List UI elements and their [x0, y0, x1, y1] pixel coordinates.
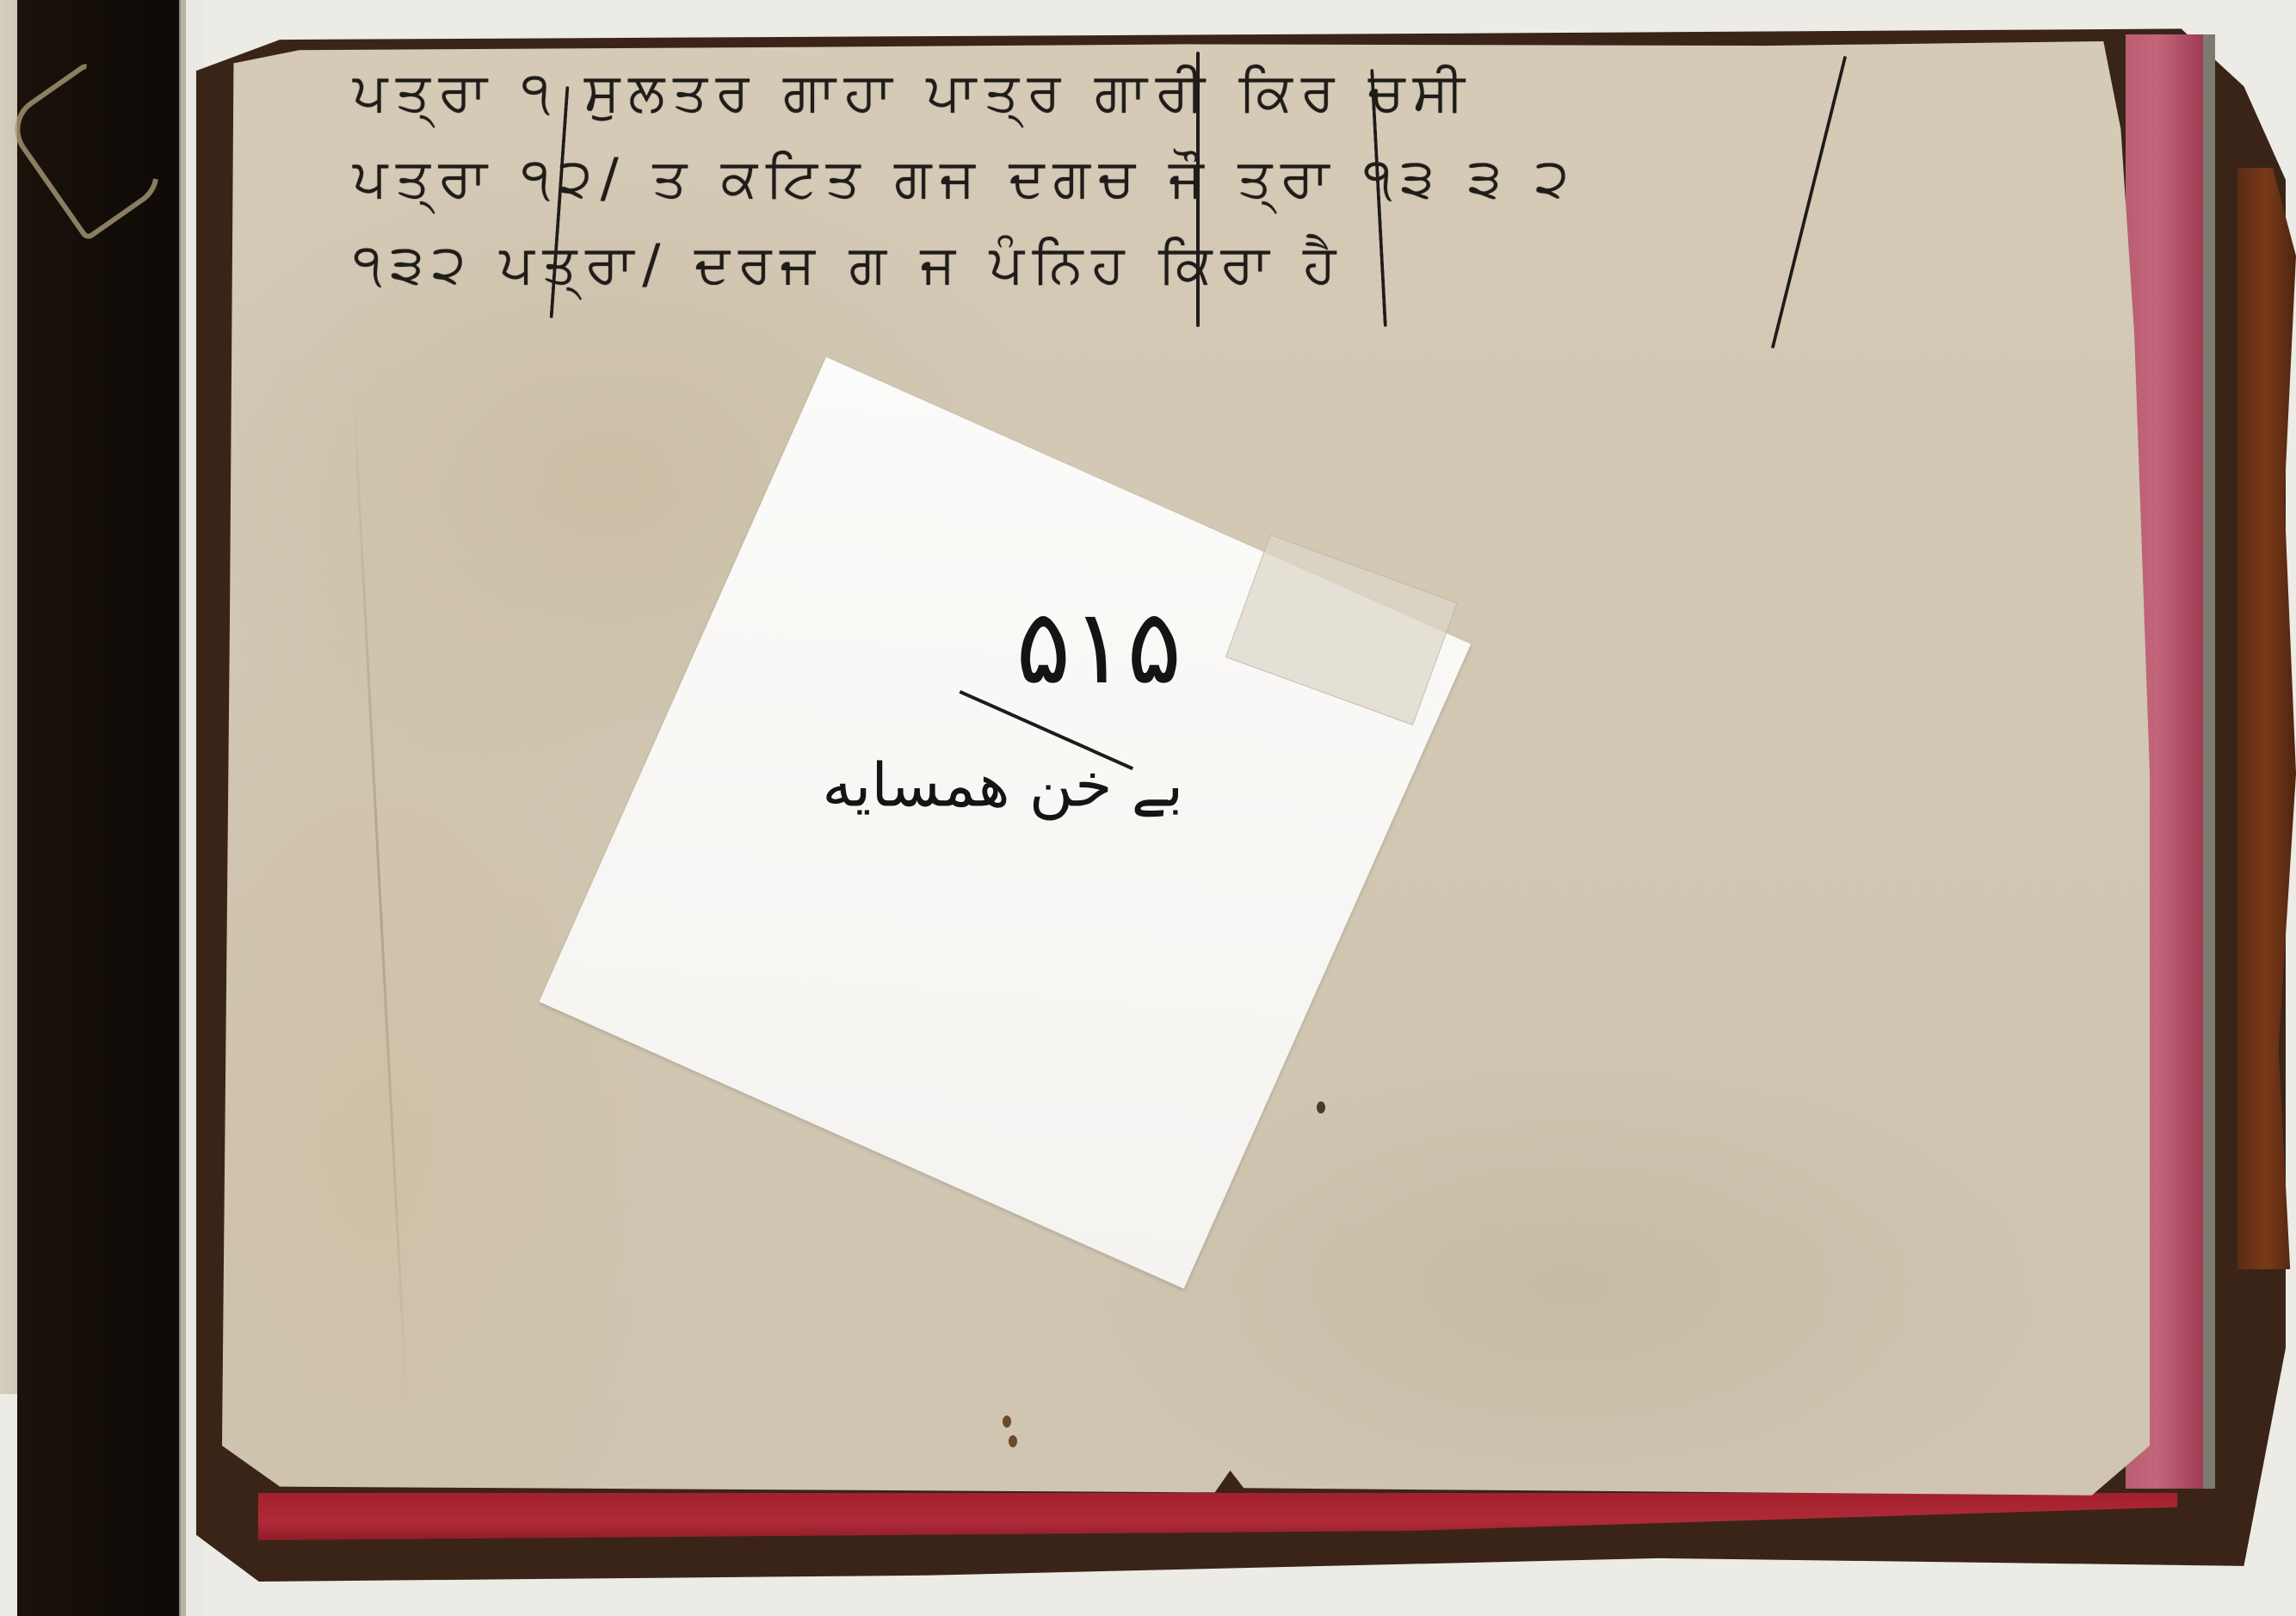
torn-cover-flap [2237, 168, 2296, 1269]
manuscript-line-1: ਪਤ੍ਰਾ ੧ ਸੁਲਤਰ ਗਾਹਾ ਪਾਤ੍ਰ ਗਾਰੀ ਕਿਰ ਚਸੀ [353, 60, 1473, 124]
ink-speck [1003, 1416, 1011, 1428]
dark-background-panel [17, 0, 182, 1616]
manuscript-line-2: ਪਤ੍ਰਾ ੧੨/ ਤ ਕਟਿਤ ਗਜ ਦਗਚ ਜੌ ਤ੍ਰਾ ੧੩ ੩ ੨ [353, 146, 1577, 210]
ink-speck [1317, 1101, 1325, 1113]
pen-stroke [1196, 52, 1200, 327]
ink-speck [1009, 1435, 1017, 1447]
slip-number: ۵۱۵ [1015, 588, 1182, 707]
slip-text: بے خن همسایه [822, 749, 1183, 820]
